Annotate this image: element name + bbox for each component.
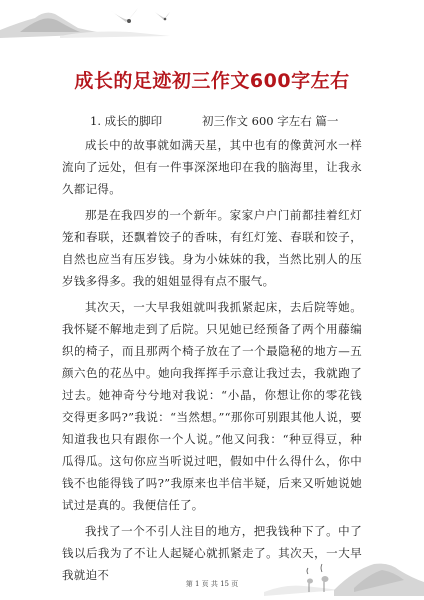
paragraph: 其次天，一大早我姐就叫我抓紧起床，去后院等她。我怀疑不解地走到了后院。只见她已经… bbox=[62, 296, 362, 516]
ink-mountain-cranes-icon bbox=[0, 0, 180, 45]
paragraph: 成长中的故事就如满天星，其中也有的像黄河水一样流向了远处，但有一件事深深地印在我… bbox=[62, 134, 362, 200]
section-heading-left: 1. 成长的脚印 bbox=[90, 112, 162, 130]
paragraph: 那是在我四岁的一个新年。家家户户门前都挂着红灯笼和春联，还飘着饺子的香味，有红灯… bbox=[62, 204, 362, 292]
ink-mountain-cranes-icon bbox=[254, 540, 424, 600]
document-body: 1. 成长的脚印 初三作文 600 字左右 篇一 成长中的故事就如满天星，其中也… bbox=[62, 112, 362, 590]
section-heading: 1. 成长的脚印 初三作文 600 字左右 篇一 bbox=[62, 112, 362, 130]
document-title: 成长的足迹初三作文600字左右 bbox=[0, 66, 424, 93]
section-heading-right: 初三作文 600 字左右 篇一 bbox=[202, 112, 338, 130]
